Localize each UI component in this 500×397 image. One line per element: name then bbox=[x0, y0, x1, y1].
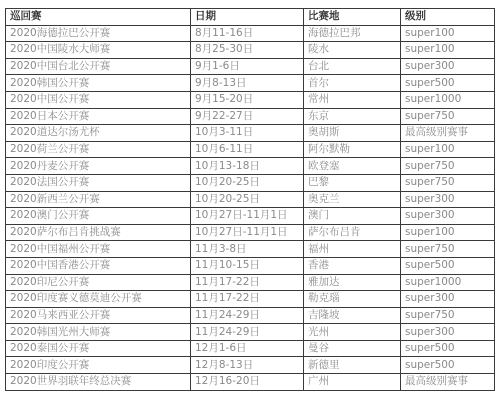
cell-venue: 福州 bbox=[304, 241, 401, 258]
cell-tournament: 2020印度公开赛 bbox=[6, 357, 191, 374]
cell-date: 10月27日-11月1日 bbox=[191, 224, 304, 241]
cell-level: super750 bbox=[401, 241, 495, 258]
table-row: 2020澳门公开赛10月27日-11月1日澳门super300 bbox=[6, 208, 495, 225]
cell-level: super500 bbox=[401, 257, 495, 274]
cell-tournament: 2020荷兰公开赛 bbox=[6, 141, 191, 158]
cell-tournament: 2020马来西亚公开赛 bbox=[6, 307, 191, 324]
header-row: 巡回赛 日期 比赛地 级别 bbox=[6, 9, 495, 26]
cell-tournament: 2020海德拉巴公开赛 bbox=[6, 25, 191, 42]
cell-level: super750 bbox=[401, 158, 495, 175]
cell-tournament: 2020萨尔布吕肯挑战赛 bbox=[6, 224, 191, 241]
cell-date: 9月1-6日 bbox=[191, 58, 304, 75]
cell-tournament: 2020新西兰公开赛 bbox=[6, 191, 191, 208]
table-row: 2020丹麦公开赛10月13-18日欧登塞super750 bbox=[6, 158, 495, 175]
cell-tournament: 2020印度赛义德莫迪公开赛 bbox=[6, 291, 191, 308]
cell-tournament: 2020韩国光州大师赛 bbox=[6, 324, 191, 341]
cell-venue: 台北 bbox=[304, 58, 401, 75]
cell-date: 11月17-22日 bbox=[191, 291, 304, 308]
cell-venue: 香港 bbox=[304, 257, 401, 274]
cell-venue: 巴黎 bbox=[304, 174, 401, 191]
table-row: 2020萨尔布吕肯挑战赛10月27日-11月1日萨尔布吕肯super100 bbox=[6, 224, 495, 241]
tournament-schedule-table: 巡回赛 日期 比赛地 级别 2020海德拉巴公开赛8月11-16日海德拉巴邦su… bbox=[5, 8, 495, 391]
cell-venue: 吉隆坡 bbox=[304, 307, 401, 324]
cell-venue: 奥克兰 bbox=[304, 191, 401, 208]
cell-date: 11月3-8日 bbox=[191, 241, 304, 258]
cell-date: 10月27日-11月1日 bbox=[191, 208, 304, 225]
cell-date: 12月1-6日 bbox=[191, 340, 304, 357]
table-row: 2020中国公开赛9月15-20日常州super1000 bbox=[6, 91, 495, 108]
cell-level: super750 bbox=[401, 108, 495, 125]
cell-tournament: 2020中国福州公开赛 bbox=[6, 241, 191, 258]
table-row: 2020世界羽联年终总决赛12月16-20日广州最高级别赛事 bbox=[6, 374, 495, 391]
cell-level: super1000 bbox=[401, 274, 495, 291]
cell-tournament: 2020中国台北公开赛 bbox=[6, 58, 191, 75]
header-date: 日期 bbox=[191, 9, 304, 26]
cell-venue: 奥胡斯 bbox=[304, 125, 401, 142]
cell-level: super500 bbox=[401, 357, 495, 374]
cell-level: 最高级别赛事 bbox=[401, 125, 495, 142]
cell-tournament: 2020中国公开赛 bbox=[6, 91, 191, 108]
cell-date: 11月10-15日 bbox=[191, 257, 304, 274]
cell-level: super750 bbox=[401, 307, 495, 324]
header-level: 级别 bbox=[401, 9, 495, 26]
cell-level: super100 bbox=[401, 25, 495, 42]
cell-venue: 新德里 bbox=[304, 357, 401, 374]
cell-tournament: 2020道达尔汤尤杯 bbox=[6, 125, 191, 142]
table-row: 2020新西兰公开赛10月20-25日奥克兰super300 bbox=[6, 191, 495, 208]
cell-venue: 东京 bbox=[304, 108, 401, 125]
table-row: 2020泰国公开赛12月1-6日曼谷super500 bbox=[6, 340, 495, 357]
cell-date: 11月17-22日 bbox=[191, 274, 304, 291]
table-row: 2020印尼公开赛11月17-22日雅加达super1000 bbox=[6, 274, 495, 291]
cell-level: 最高级别赛事 bbox=[401, 374, 495, 391]
cell-tournament: 2020丹麦公开赛 bbox=[6, 158, 191, 175]
cell-tournament: 2020日本公开赛 bbox=[6, 108, 191, 125]
table-row: 2020中国台北公开赛9月1-6日台北super300 bbox=[6, 58, 495, 75]
table-row: 2020日本公开赛9月22-27日东京super750 bbox=[6, 108, 495, 125]
table-row: 2020中国福州公开赛11月3-8日福州super750 bbox=[6, 241, 495, 258]
cell-level: super300 bbox=[401, 58, 495, 75]
cell-level: super100 bbox=[401, 224, 495, 241]
cell-venue: 广州 bbox=[304, 374, 401, 391]
cell-venue: 常州 bbox=[304, 91, 401, 108]
cell-venue: 阿尔默勒 bbox=[304, 141, 401, 158]
cell-date: 10月20-25日 bbox=[191, 191, 304, 208]
cell-level: super100 bbox=[401, 42, 495, 59]
cell-venue: 勒克瑙 bbox=[304, 291, 401, 308]
cell-tournament: 2020泰国公开赛 bbox=[6, 340, 191, 357]
table-row: 2020韩国光州大师赛11月24-29日光州super300 bbox=[6, 324, 495, 341]
cell-date: 10月13-18日 bbox=[191, 158, 304, 175]
table-row: 2020中国陵水大师赛8月25-30日陵水super100 bbox=[6, 42, 495, 59]
table-row: 2020道达尔汤尤杯10月3-11日奥胡斯最高级别赛事 bbox=[6, 125, 495, 142]
cell-venue: 萨尔布吕肯 bbox=[304, 224, 401, 241]
cell-date: 10月20-25日 bbox=[191, 174, 304, 191]
cell-venue: 澳门 bbox=[304, 208, 401, 225]
header-tournament: 巡回赛 bbox=[6, 9, 191, 26]
cell-level: super300 bbox=[401, 324, 495, 341]
cell-venue: 雅加达 bbox=[304, 274, 401, 291]
cell-date: 9月22-27日 bbox=[191, 108, 304, 125]
cell-date: 8月25-30日 bbox=[191, 42, 304, 59]
cell-level: super500 bbox=[401, 340, 495, 357]
cell-level: super1000 bbox=[401, 91, 495, 108]
cell-venue: 海德拉巴邦 bbox=[304, 25, 401, 42]
table-row: 2020海德拉巴公开赛8月11-16日海德拉巴邦super100 bbox=[6, 25, 495, 42]
cell-tournament: 2020法国公开赛 bbox=[6, 174, 191, 191]
table-row: 2020荷兰公开赛10月6-11日阿尔默勒super100 bbox=[6, 141, 495, 158]
table-row: 2020马来西亚公开赛11月24-29日吉隆坡super750 bbox=[6, 307, 495, 324]
cell-venue: 光州 bbox=[304, 324, 401, 341]
cell-tournament: 2020韩国公开赛 bbox=[6, 75, 191, 92]
cell-level: super500 bbox=[401, 75, 495, 92]
cell-tournament: 2020澳门公开赛 bbox=[6, 208, 191, 225]
cell-tournament: 2020中国香港公开赛 bbox=[6, 257, 191, 274]
cell-tournament: 2020印尼公开赛 bbox=[6, 274, 191, 291]
cell-level: super300 bbox=[401, 208, 495, 225]
table-row: 2020法国公开赛10月20-25日巴黎super750 bbox=[6, 174, 495, 191]
header-venue: 比赛地 bbox=[304, 9, 401, 26]
cell-date: 12月8-13日 bbox=[191, 357, 304, 374]
cell-level: super750 bbox=[401, 174, 495, 191]
cell-date: 12月16-20日 bbox=[191, 374, 304, 391]
cell-venue: 首尔 bbox=[304, 75, 401, 92]
cell-date: 9月15-20日 bbox=[191, 91, 304, 108]
table-row: 2020中国香港公开赛11月10-15日香港super500 bbox=[6, 257, 495, 274]
cell-level: super100 bbox=[401, 141, 495, 158]
cell-date: 11月24-29日 bbox=[191, 324, 304, 341]
cell-date: 10月3-11日 bbox=[191, 125, 304, 142]
table-row: 2020印度公开赛12月8-13日新德里super500 bbox=[6, 357, 495, 374]
table-body: 2020海德拉巴公开赛8月11-16日海德拉巴邦super1002020中国陵水… bbox=[6, 25, 495, 390]
table-row: 2020韩国公开赛9月8-13日首尔super500 bbox=[6, 75, 495, 92]
cell-tournament: 2020世界羽联年终总决赛 bbox=[6, 374, 191, 391]
cell-date: 11月24-29日 bbox=[191, 307, 304, 324]
table-row: 2020印度赛义德莫迪公开赛11月17-22日勒克瑙super300 bbox=[6, 291, 495, 308]
cell-date: 8月11-16日 bbox=[191, 25, 304, 42]
cell-level: super300 bbox=[401, 191, 495, 208]
cell-date: 9月8-13日 bbox=[191, 75, 304, 92]
cell-tournament: 2020中国陵水大师赛 bbox=[6, 42, 191, 59]
cell-venue: 陵水 bbox=[304, 42, 401, 59]
cell-date: 10月6-11日 bbox=[191, 141, 304, 158]
cell-venue: 欧登塞 bbox=[304, 158, 401, 175]
cell-level: super300 bbox=[401, 291, 495, 308]
cell-venue: 曼谷 bbox=[304, 340, 401, 357]
